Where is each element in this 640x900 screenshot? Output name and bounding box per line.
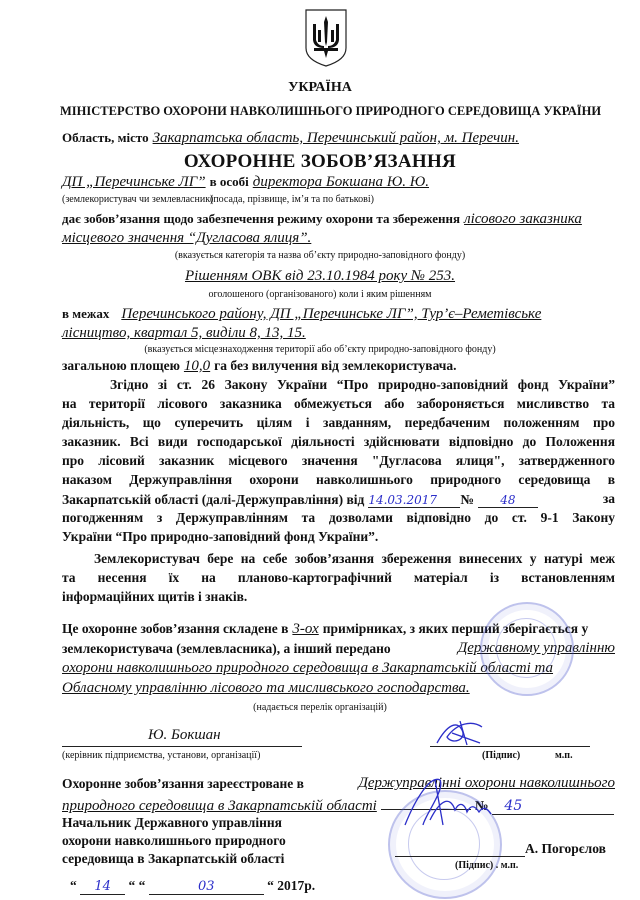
signer1-hint: (керівник підприємства, установи, органі… [62, 750, 260, 761]
head-name: А. Погорєлов [525, 841, 606, 857]
signature2-scribble [395, 770, 505, 830]
p1-line8: погодженням з Держуправлінням та дозвола… [62, 510, 615, 526]
region-label: Область, місто [62, 130, 149, 145]
party-row: ДП „Перечинське ЛГ” в особі директора Бо… [62, 173, 429, 191]
area-prefix: загальною площею [62, 358, 180, 373]
land-user-value: ДП „Перечинське ЛГ” [62, 174, 206, 190]
decision-value: Рішенням ОВК від 23.10.1984 року № 253. [0, 268, 640, 285]
registration-no-value: 45 [492, 798, 614, 815]
copies-count: 3-ох [292, 621, 318, 637]
obligation-row: дає зобов’язання щодо забезпечення режим… [62, 210, 582, 228]
registration-content: Охоронне зобов’язання зареєстроване в Де… [62, 775, 615, 793]
date-open-quote: “ [70, 878, 77, 893]
person-value: директора Бокшана Ю. Ю. [253, 174, 429, 190]
date-year: 2017 [277, 878, 304, 893]
coat-of-arms-icon [304, 8, 348, 68]
p1-line9: України “Про природно-заповідний фонд Ук… [62, 529, 378, 545]
signature1-scribble [432, 715, 492, 750]
head-position-l1: Начальник Державного управління [62, 815, 282, 831]
in-person-of-label: в особі [210, 174, 249, 189]
signature1-line [430, 746, 590, 747]
document-title: ОХОРОННЕ ЗОБОВ’ЯЗАННЯ [0, 151, 640, 173]
region-row: Область, місто Закарпатська область, Пер… [62, 129, 519, 147]
recipients-line3: Обласному управлінню лісового та мисливс… [62, 680, 470, 697]
registration-content-2: природного середовища в Закарпатській об… [62, 795, 615, 815]
signature2-line [395, 856, 525, 857]
p1-line1: Згідно зі ст. 26 Закону України “Про при… [110, 377, 615, 393]
hint-land-user: (землекористувач чи землевласник) [62, 194, 213, 205]
bounds-label: в межах [62, 306, 109, 321]
bounds-row: в межах Перечинського району, ДП „Перечи… [62, 305, 541, 323]
country-heading: УКРАЇНА [0, 80, 640, 96]
p1-line7: Закарпатській області (далі-Держуправлін… [62, 491, 615, 509]
date-close-quote: “ [267, 878, 274, 893]
order-no: 48 [478, 493, 538, 508]
head-position-l2: охорони навколишнього природного [62, 833, 286, 849]
seal1-label: м.п. [555, 750, 573, 761]
registration-authority-line2: природного середовища в Закарпатській об… [62, 798, 377, 814]
recipients-line2: охорони навколишнього природного середов… [62, 660, 553, 677]
obligation-lead: дає зобов’язання щодо забезпечення режим… [62, 211, 460, 226]
p1-line4: заказник. Всі види господарської діяльно… [62, 434, 615, 450]
head-position-l3: середовища в Закарпатській області [62, 851, 284, 867]
ministry-heading: МІНІСТЕРСТВО ОХОРОНИ НАВКОЛИШНЬОГО ПРИРО… [60, 104, 601, 119]
object-line1: лісового заказника [464, 211, 582, 227]
sign1-label: (Підпис) [482, 750, 520, 761]
p2-line1: Землекористувач бере на себе зобов’язанн… [94, 551, 615, 567]
bounds-hint: (вказується місцезнаходження території а… [0, 344, 640, 355]
p1-line2: на території лісового заказника обмежуєт… [62, 396, 615, 412]
official-stamp-1 [480, 602, 574, 696]
p2-line2: та несення їх на планово-картографічний … [62, 570, 615, 586]
decision-hint: оголошеного (організованого) коли і яким… [0, 289, 640, 300]
region-value: Закарпатська область, Перечинський район… [153, 130, 519, 146]
area-row: загальною площею 10,0 га без вилучення в… [62, 357, 457, 375]
registration-prefix: Охоронне зобов’язання зареєстроване в [62, 776, 304, 791]
order-date: 14.03.2017 [368, 493, 460, 508]
hint-object: (вказується категорія та назва об’єкту п… [0, 250, 640, 261]
p1-line6: наказом Держуправління охорони навколишн… [62, 472, 615, 488]
object-line2: місцевого значення “Дугласова ялиця”. [62, 230, 311, 247]
p2-line3: інформаційних щитів і знаків. [62, 589, 247, 605]
bounds-line2: лісництво, квартал 5, виділи 8, 13, 15. [62, 325, 306, 342]
date-mid-quote: “ “ [129, 878, 146, 893]
hint-person: (посада, прізвище, ім’я та по батькові) [210, 194, 374, 205]
sign2-label: (Підпис) . м.п. [455, 860, 518, 871]
signer1-line [62, 746, 302, 747]
date-year-suffix: р. [304, 878, 315, 893]
area-value: 10,0 [184, 358, 210, 374]
copies-prefix: Це охоронне зобов’язання складене в [62, 621, 288, 636]
signer1-name: Ю. Бокшан [148, 727, 221, 744]
area-suffix: га без вилучення від землекористувача. [214, 358, 456, 373]
p1-line5: про лісовий заказник місцевого значення … [62, 453, 615, 469]
date-day: 14 [80, 879, 125, 895]
order-no-label: № [460, 492, 474, 507]
bounds-line1: Перечинського району, ДП „Перечинське ЛГ… [121, 306, 541, 322]
copies-line2-prefix: землекористувача (землевласника), а інши… [62, 641, 391, 656]
date-month: 03 [149, 879, 264, 895]
copies-hint: (надається перелік організацій) [0, 702, 640, 713]
p1-line7-prefix: Закарпатській області (далі-Держуправлін… [62, 492, 364, 507]
date-row: “ 14 “ “ 03 “ 2017р. [70, 878, 315, 895]
p1-line7-suffix: за [603, 491, 615, 507]
p1-line3: діяльність, що суперечить цілям і завдан… [62, 415, 615, 431]
